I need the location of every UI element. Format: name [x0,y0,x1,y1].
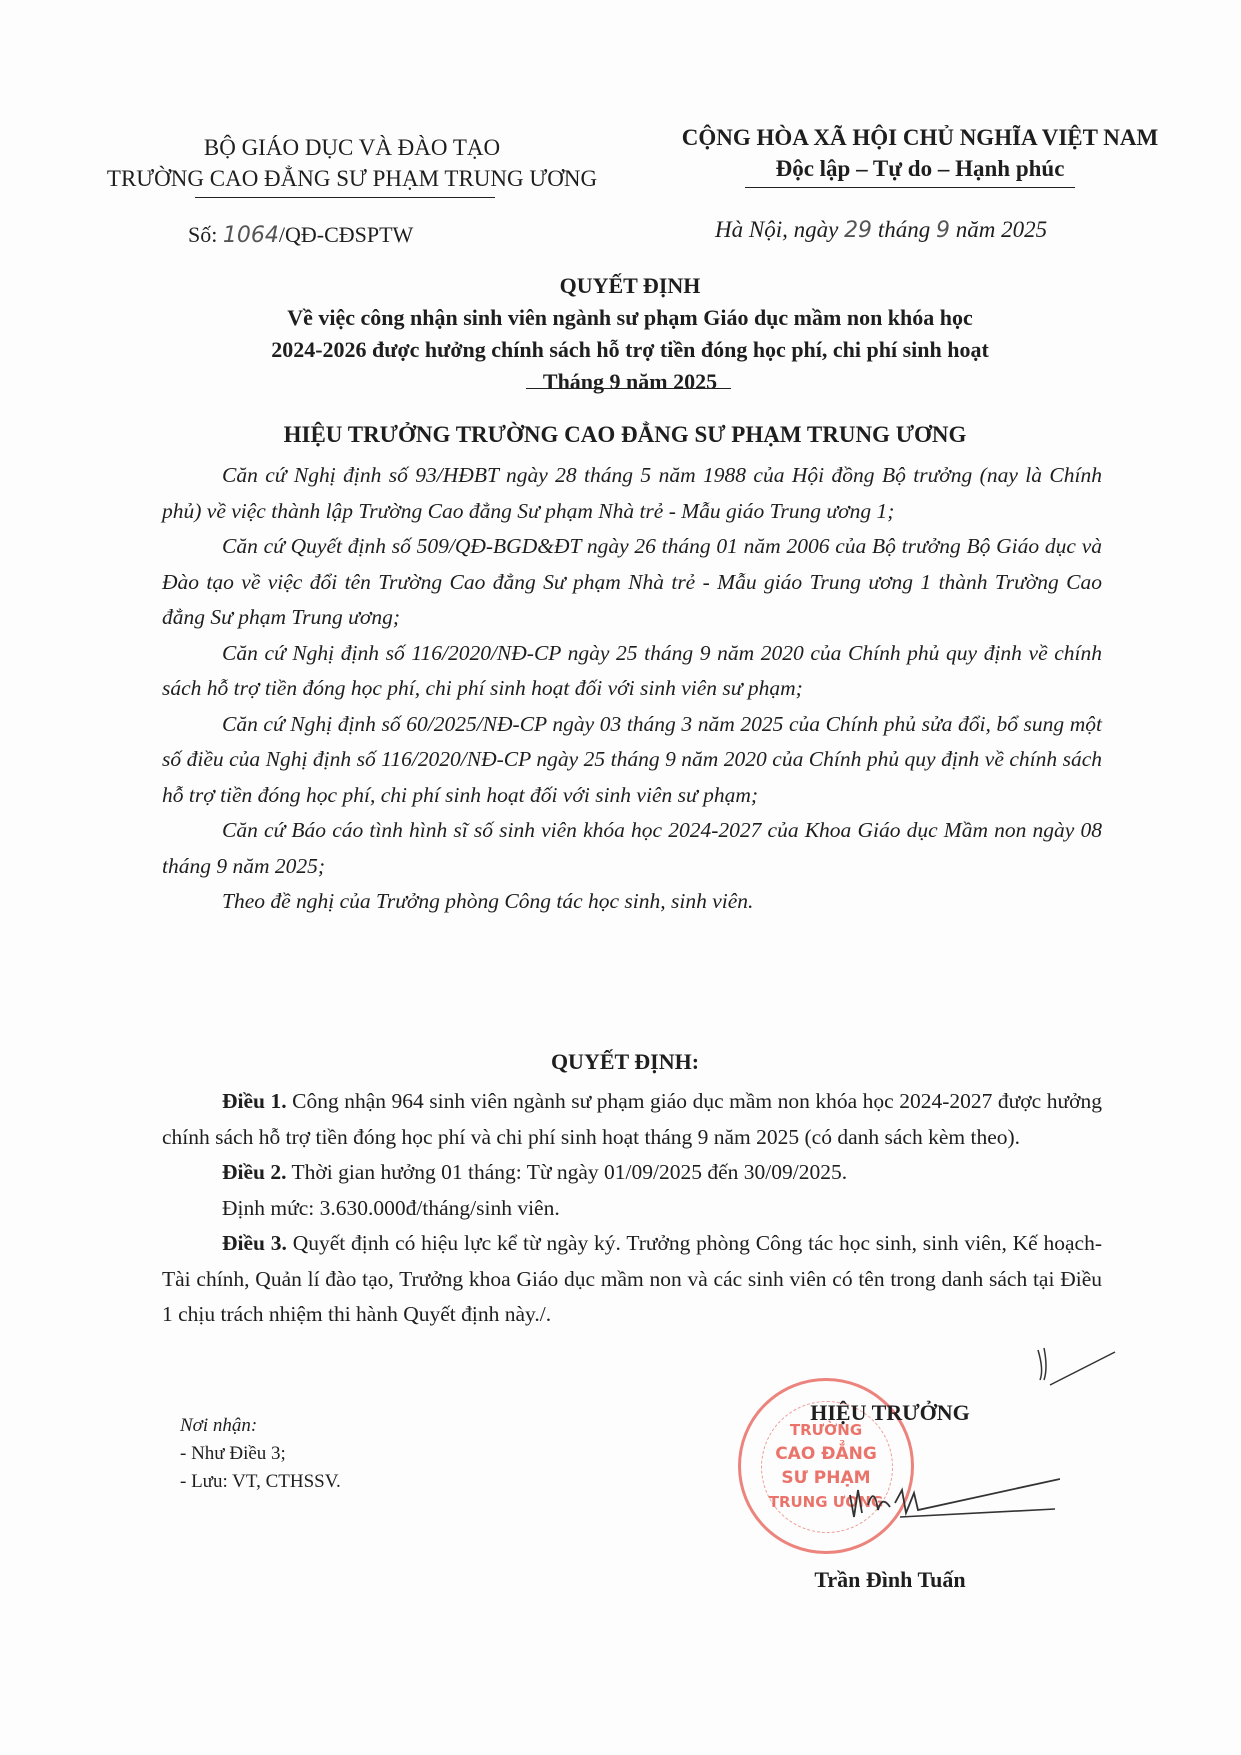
articles: Điều 1. Công nhận 964 sinh viên ngành sư… [162,1084,1102,1333]
seal-text: CAO ĐẲNG [741,1443,911,1465]
article-2: Điều 2. Thời gian hưởng 01 tháng: Từ ngà… [162,1155,1102,1191]
handwritten-signature-icon [840,1465,1060,1525]
title-line-2: 2024-2026 được hưởng chính sách hỗ trợ t… [180,334,1080,366]
recipients-block: Nơi nhận: - Như Điều 3; - Lưu: VT, CTHSS… [180,1412,341,1496]
basis-1: Căn cứ Nghị định số 93/HĐBT ngày 28 thán… [162,458,1102,529]
title-underline [526,388,731,389]
handwritten-month: 9 [936,218,950,243]
basis-5: Căn cứ Báo cáo tình hình sĩ số sinh viên… [162,813,1102,884]
ministry-name: BỘ GIÁO DỤC VÀ ĐÀO TẠO [62,132,642,163]
document-date: Hà Nội, ngày 29 tháng 9 năm 2025 [715,217,1047,243]
legal-bases: Căn cứ Nghị định số 93/HĐBT ngày 28 thán… [162,458,1102,920]
article-1: Điều 1. Công nhận 964 sinh viên ngành sư… [162,1084,1102,1155]
recipient-item: - Như Điều 3; [180,1440,341,1468]
document-title: QUYẾT ĐỊNH Về việc công nhận sinh viên n… [180,270,1080,398]
national-header: CỘNG HÒA XÃ HỘI CHỦ NGHĨA VIỆT NAM Độc l… [640,122,1200,184]
recipient-item: - Lưu: VT, CTHSSV. [180,1468,341,1496]
title-line-3: Tháng 9 năm 2025 [180,366,1080,398]
basis-3: Căn cứ Nghị định số 116/2020/NĐ-CP ngày … [162,636,1102,707]
basis-4: Căn cứ Nghị định số 60/2025/NĐ-CP ngày 0… [162,707,1102,814]
country-name: CỘNG HÒA XÃ HỘI CHỦ NGHĨA VIỆT NAM [640,122,1200,153]
document-page: BỘ GIÁO DỤC VÀ ĐÀO TẠO TRƯỜNG CAO ĐẲNG S… [0,0,1241,1755]
article-2-rate: Định mức: 3.630.000đ/tháng/sinh viên. [162,1191,1102,1227]
signer-name: Trần Đình Tuấn [770,1567,1010,1593]
decision-heading: QUYẾT ĐỊNH: [150,1049,1100,1075]
issuing-authority: HIỆU TRƯỞNG TRƯỜNG CAO ĐẲNG SƯ PHẠM TRUN… [150,422,1100,448]
signer-title: HIỆU TRƯỞNG [770,1400,1010,1426]
recipients-label: Nơi nhận: [180,1412,341,1440]
document-number: Số: 1064/QĐ-CĐSPTW [188,222,413,248]
article-3: Điều 3. Quyết định có hiệu lực kể từ ngà… [162,1226,1102,1333]
motto-underline [745,187,1075,188]
title-line-1: Về việc công nhận sinh viên ngành sư phạ… [180,302,1080,334]
handwritten-number: 1064 [223,223,279,248]
title-heading: QUYẾT ĐỊNH [180,270,1080,302]
basis-6: Theo đề nghị của Trưởng phòng Công tác h… [162,884,1102,920]
issuer-underline [195,197,495,198]
basis-2: Căn cứ Quyết định số 509/QĐ-BGD&ĐT ngày … [162,529,1102,636]
school-name: TRƯỜNG CAO ĐẲNG SƯ PHẠM TRUNG ƯƠNG [62,163,642,194]
issuer-block: BỘ GIÁO DỤC VÀ ĐÀO TẠO TRƯỜNG CAO ĐẲNG S… [62,132,642,194]
initial-mark-icon [1030,1340,1120,1390]
handwritten-day: 29 [844,218,872,243]
national-motto: Độc lập – Tự do – Hạnh phúc [640,153,1200,184]
